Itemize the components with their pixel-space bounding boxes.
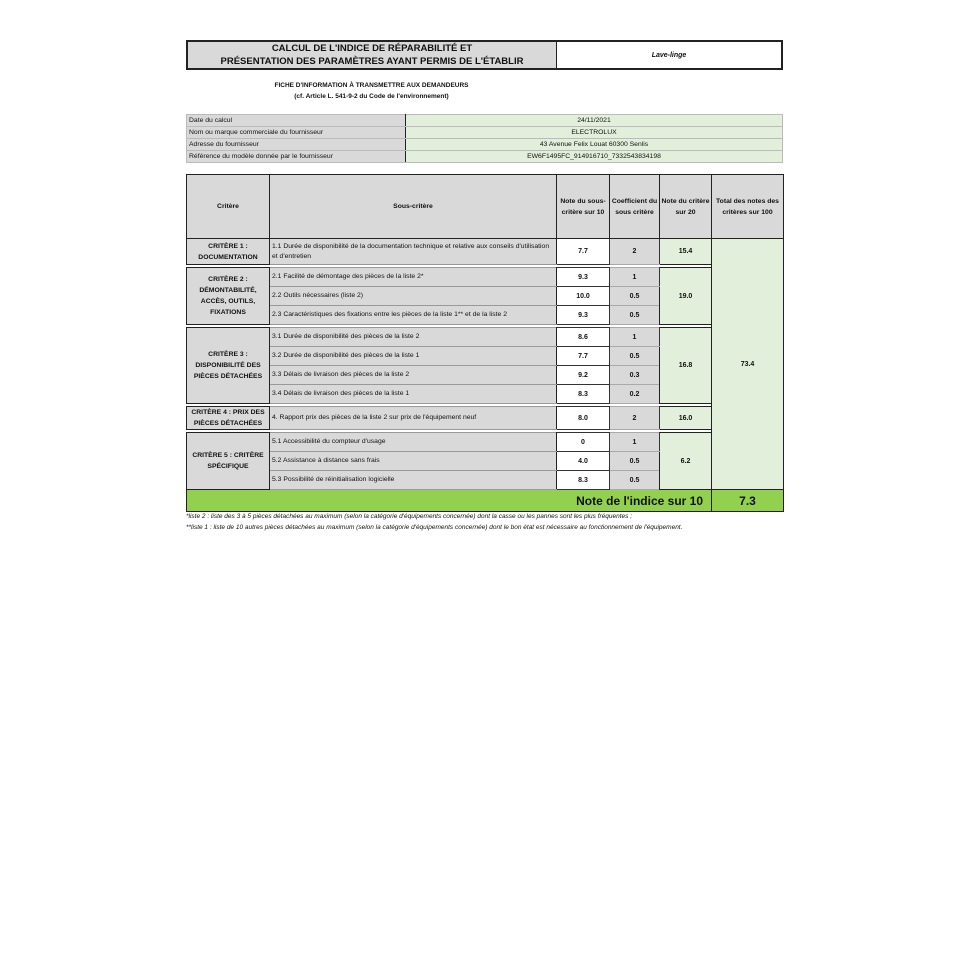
table-row: CRITÈRE 3 : DISPONIBILITÉ DES PIÈCES DÉT…: [187, 328, 784, 347]
subcriterion-label: 4. Rapport prix des pièces de la liste 2…: [270, 407, 557, 430]
info-value: 43 Avenue Felix Louat 60300 Senlis: [406, 139, 783, 151]
final-label: Note de l'indice sur 10: [187, 490, 712, 512]
subtitle-line-2: (cf. Article L. 541-9-2 du Code de l'env…: [186, 91, 557, 102]
header-coef: Coefficient du sous critère: [610, 175, 660, 239]
subcriterion-label: 2.2 Outils nécessaires (liste 2): [270, 287, 557, 306]
subcriterion-score: 8.0: [557, 407, 610, 430]
subcriterion-score: 0: [557, 433, 610, 452]
header-note10: Note du sous-critère sur 10: [557, 175, 610, 239]
subcriterion-label: 5.3 Possibilité de réinitialisation logi…: [270, 471, 557, 490]
subcriterion-label: 3.3 Délais de livraison des pièces de la…: [270, 366, 557, 385]
footnote-2: **liste 1 : liste de 10 autres pièces dé…: [186, 522, 783, 533]
subcriterion-label: 5.1 Accessibilité du compteur d'usage: [270, 433, 557, 452]
subcriterion-label: 2.1 Facilité de démontage des pièces de …: [270, 268, 557, 287]
info-row: Date du calcul 24/11/2021: [187, 115, 783, 127]
header-total: Total des notes des critères sur 100: [712, 175, 784, 239]
product-type: Lave-linge: [556, 40, 783, 70]
criterion-score: 15.4: [660, 239, 712, 265]
subcriterion-coefficient: 0.5: [610, 452, 660, 471]
criterion-score: 6.2: [660, 433, 712, 490]
subcriterion-coefficient: 0.3: [610, 366, 660, 385]
header-sous-critere: Sous-critère: [270, 175, 557, 239]
info-label: Référence du modèle donnée par le fourni…: [187, 151, 406, 163]
subcriterion-score: 7.7: [557, 347, 610, 366]
subcriterion-coefficient: 1: [610, 268, 660, 287]
subcriterion-coefficient: 0.5: [610, 306, 660, 325]
subcriterion-score: 4.0: [557, 452, 610, 471]
criterion-score: 16.8: [660, 328, 712, 404]
info-row: Référence du modèle donnée par le fourni…: [187, 151, 783, 163]
subcriterion-coefficient: 1: [610, 433, 660, 452]
criterion-name: CRITÈRE 1 : DOCUMENTATION: [187, 239, 270, 265]
repairability-table: Critère Sous-critère Note du sous-critèr…: [186, 174, 784, 512]
header-critere: Critère: [187, 175, 270, 239]
header-note20: Note du critère sur 20: [660, 175, 712, 239]
subcriterion-label: 3.4 Délais de livraison des pièces de la…: [270, 385, 557, 404]
criterion-name: CRITÈRE 5 : CRITÈRE SPÉCIFIQUE: [187, 433, 270, 490]
subcriterion-coefficient: 0.5: [610, 471, 660, 490]
subcriterion-score: 8.3: [557, 471, 610, 490]
subtitle-line-1: FICHE D'INFORMATION À TRANSMETTRE AUX DE…: [186, 80, 557, 91]
criterion-score: 19.0: [660, 268, 712, 325]
subcriterion-coefficient: 2: [610, 239, 660, 265]
total-score: 73.4: [712, 239, 784, 490]
info-row: Adresse du fournisseur 43 Avenue Felix L…: [187, 139, 783, 151]
criterion-name: CRITÈRE 2 : DÉMONTABILITÉ, ACCÈS, OUTILS…: [187, 268, 270, 325]
subcriterion-coefficient: 0.2: [610, 385, 660, 404]
subcriterion-label: 5.2 Assistance à distance sans frais: [270, 452, 557, 471]
title-line-1: CALCUL DE L'INDICE DE RÉPARABILITÉ ET: [188, 42, 556, 55]
subcriterion-coefficient: 0.5: [610, 347, 660, 366]
subcriterion-label: 3.1 Durée de disponibilité des pièces de…: [270, 328, 557, 347]
subcriterion-score: 7.7: [557, 239, 610, 265]
subcriterion-score: 9.2: [557, 366, 610, 385]
info-value: 24/11/2021: [406, 115, 783, 127]
table-row: CRITÈRE 2 : DÉMONTABILITÉ, ACCÈS, OUTILS…: [187, 268, 784, 287]
final-score: 7.3: [712, 490, 784, 512]
info-label: Adresse du fournisseur: [187, 139, 406, 151]
header-row: Critère Sous-critère Note du sous-critèr…: [187, 175, 784, 239]
footnote-1: *liste 2 : liste des 3 à 5 pièces détach…: [186, 511, 783, 522]
info-label: Nom ou marque commerciale du fournisseur: [187, 127, 406, 139]
subcriterion-score: 9.3: [557, 306, 610, 325]
supplier-info-table: Date du calcul 24/11/2021Nom ou marque c…: [186, 114, 783, 163]
subcriterion-coefficient: 1: [610, 328, 660, 347]
subcriterion-coefficient: 2: [610, 407, 660, 430]
info-label: Date du calcul: [187, 115, 406, 127]
info-row: Nom ou marque commerciale du fournisseur…: [187, 127, 783, 139]
criterion-name: CRITÈRE 4 : PRIX DES PIÈCES DÉTACHÉES: [187, 407, 270, 430]
title-line-2: PRÉSENTATION DES PARAMÈTRES AYANT PERMIS…: [188, 55, 556, 68]
final-row: Note de l'indice sur 10 7.3: [187, 490, 784, 512]
table-row: CRITÈRE 1 : DOCUMENTATION1.1 Durée de di…: [187, 239, 784, 265]
info-value: EW6F1495FC_914916710_7332543834198: [406, 151, 783, 163]
subcriterion-label: 2.3 Caractéristiques des fixations entre…: [270, 306, 557, 325]
subcriterion-label: 3.2 Durée de disponibilité des pièces de…: [270, 347, 557, 366]
subcriterion-label: 1.1 Durée de disponibilité de la documen…: [270, 239, 557, 265]
subcriterion-score: 8.6: [557, 328, 610, 347]
subcriterion-score: 9.3: [557, 268, 610, 287]
table-row: CRITÈRE 5 : CRITÈRE SPÉCIFIQUE5.1 Access…: [187, 433, 784, 452]
document-title: CALCUL DE L'INDICE DE RÉPARABILITÉ ET PR…: [186, 40, 557, 70]
footnotes: *liste 2 : liste des 3 à 5 pièces détach…: [186, 511, 783, 533]
table-row: CRITÈRE 4 : PRIX DES PIÈCES DÉTACHÉES4. …: [187, 407, 784, 430]
subcriterion-score: 10.0: [557, 287, 610, 306]
criterion-score: 16.0: [660, 407, 712, 430]
criterion-name: CRITÈRE 3 : DISPONIBILITÉ DES PIÈCES DÉT…: [187, 328, 270, 404]
subcriterion-coefficient: 0.5: [610, 287, 660, 306]
subtitle: FICHE D'INFORMATION À TRANSMETTRE AUX DE…: [186, 80, 557, 102]
subcriterion-score: 8.3: [557, 385, 610, 404]
info-value: ELECTROLUX: [406, 127, 783, 139]
